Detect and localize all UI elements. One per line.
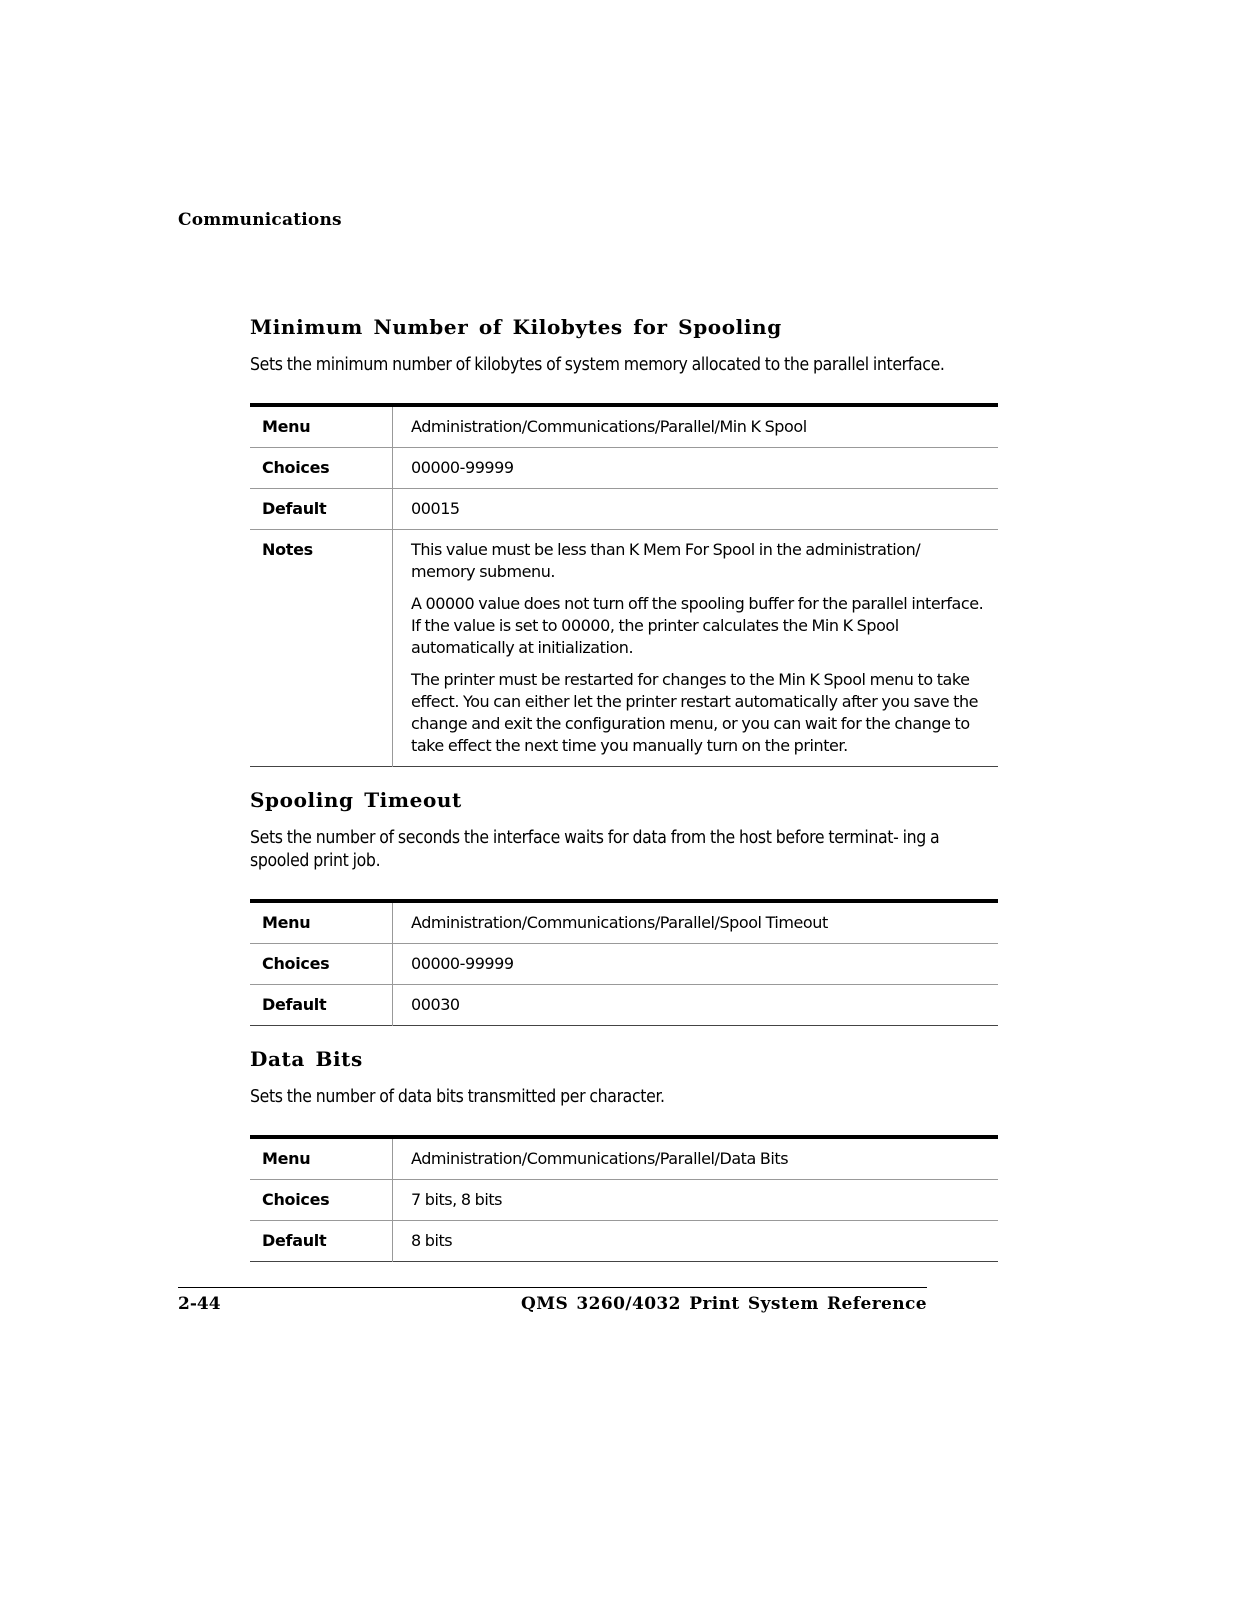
choices-value: 00000-99999 xyxy=(393,944,999,985)
section-title: Data Bits xyxy=(250,1044,998,1074)
table-row: Notes This value must be less than K Mem… xyxy=(250,530,998,767)
choices-label: Choices xyxy=(250,1180,393,1221)
section-title: Minimum Number of Kilobytes for Spooling xyxy=(250,312,998,342)
default-label: Default xyxy=(250,489,393,530)
section-min-k-spool: Minimum Number of Kilobytes for Spooling… xyxy=(250,312,998,767)
note-paragraph: This value must be less than K Mem For S… xyxy=(411,539,986,583)
default-value: 8 bits xyxy=(393,1221,999,1262)
choices-value: 7 bits, 8 bits xyxy=(393,1180,999,1221)
default-value: 00015 xyxy=(393,489,999,530)
section-description: Sets the number of seconds the interface… xyxy=(250,827,998,873)
notes-label: Notes xyxy=(250,530,393,767)
notes-value: This value must be less than K Mem For S… xyxy=(393,530,999,767)
note-paragraph: A 00000 value does not turn off the spoo… xyxy=(411,593,986,659)
spec-table: Menu Administration/Communications/Paral… xyxy=(250,1135,998,1262)
spec-table: Menu Administration/Communications/Paral… xyxy=(250,403,998,767)
choices-label: Choices xyxy=(250,944,393,985)
spec-table: Menu Administration/Communications/Paral… xyxy=(250,899,998,1026)
table-row: Default 00015 xyxy=(250,489,998,530)
page-number: 2-44 xyxy=(178,1294,221,1314)
table-row: Menu Administration/Communications/Paral… xyxy=(250,1137,998,1180)
table-row: Choices 00000-99999 xyxy=(250,448,998,489)
menu-label: Menu xyxy=(250,1137,393,1180)
page-content: Minimum Number of Kilobytes for Spooling… xyxy=(250,312,998,1280)
table-row: Default 00030 xyxy=(250,985,998,1026)
section-description: Sets the number of data bits transmitted… xyxy=(250,1086,998,1109)
book-title: QMS 3260/4032 Print System Reference xyxy=(521,1294,927,1314)
default-label: Default xyxy=(250,1221,393,1262)
table-row: Choices 7 bits, 8 bits xyxy=(250,1180,998,1221)
running-head: Communications xyxy=(178,210,342,230)
section-description: Sets the minimum number of kilobytes of … xyxy=(250,354,998,377)
table-row: Default 8 bits xyxy=(250,1221,998,1262)
section-data-bits: Data Bits Sets the number of data bits t… xyxy=(250,1044,998,1262)
table-row: Choices 00000-99999 xyxy=(250,944,998,985)
note-paragraph: The printer must be restarted for change… xyxy=(411,669,986,757)
default-value: 00030 xyxy=(393,985,999,1026)
menu-value: Administration/Communications/Parallel/S… xyxy=(393,901,999,944)
choices-value: 00000-99999 xyxy=(393,448,999,489)
section-spooling-timeout: Spooling Timeout Sets the number of seco… xyxy=(250,785,998,1026)
menu-label: Menu xyxy=(250,405,393,448)
choices-label: Choices xyxy=(250,448,393,489)
section-title: Spooling Timeout xyxy=(250,785,998,815)
footer-divider xyxy=(178,1287,927,1288)
menu-value: Administration/Communications/Parallel/D… xyxy=(393,1137,999,1180)
menu-label: Menu xyxy=(250,901,393,944)
table-row: Menu Administration/Communications/Paral… xyxy=(250,901,998,944)
menu-value: Administration/Communications/Parallel/M… xyxy=(393,405,999,448)
default-label: Default xyxy=(250,985,393,1026)
table-row: Menu Administration/Communications/Paral… xyxy=(250,405,998,448)
